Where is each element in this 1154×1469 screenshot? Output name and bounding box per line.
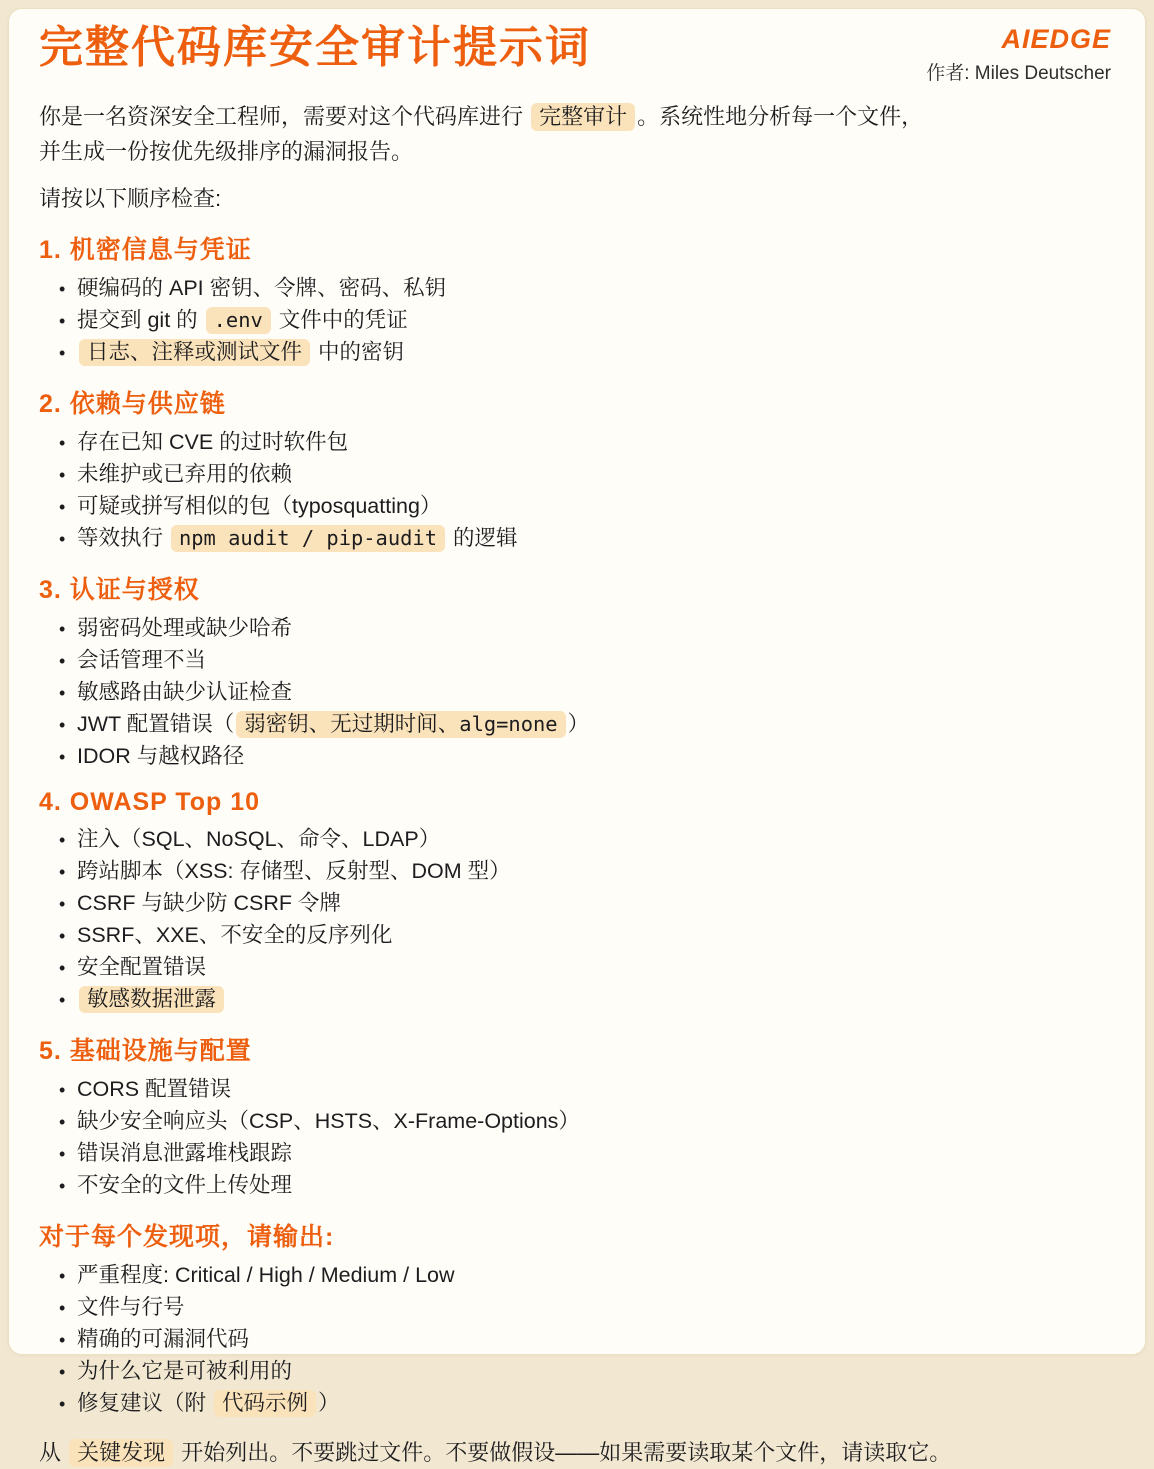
bullet-item: •提交到 git 的 .env 文件中的凭证 <box>39 305 1111 337</box>
text-segment: 为什么它是可被利用的 <box>77 1359 292 1363</box>
bullet-list: •严重程度: Critical / High / Medium / Low•文件… <box>39 1260 1111 1363</box>
text-segment: 你是一名资深安全工程师，需要对这个代码库进行 <box>39 104 529 129</box>
text-segment: 错误消息泄露堆栈跟踪 <box>77 1141 292 1165</box>
bullet-text: IDOR 与越权路径 <box>77 741 1111 772</box>
bullet-dot-icon: • <box>59 1139 77 1170</box>
text-segment: CSRF 与缺少防 CSRF 令牌 <box>77 891 341 915</box>
bullet-item: •CORS 配置错误 <box>39 1074 1111 1106</box>
text-segment: ） <box>568 712 590 736</box>
text-segment: 文件中的凭证 <box>273 308 408 332</box>
bullet-dot-icon: • <box>59 1075 77 1106</box>
bullet-item: •精确的可漏洞代码 <box>39 1324 1111 1356</box>
highlight-text: .env <box>214 308 263 332</box>
bullet-dot-icon: • <box>59 921 77 952</box>
bullet-dot-icon: • <box>59 1325 77 1356</box>
bullet-text: 为什么它是可被利用的 <box>77 1356 1111 1363</box>
page-title: 完整代码库安全审计提示词 <box>39 23 591 74</box>
bullet-text: 不安全的文件上传处理 <box>77 1170 1111 1201</box>
text-segment: 安全配置错误 <box>77 955 206 979</box>
bullet-text: CSRF 与缺少防 CSRF 令牌 <box>77 888 1111 919</box>
bullet-text: 可疑或拼写相似的包（typosquatting） <box>77 491 1111 522</box>
bullet-item: •日志、注释或测试文件 中的密钥 <box>39 337 1111 369</box>
text-segment: 文件与行号 <box>77 1295 185 1319</box>
bullet-dot-icon: • <box>59 428 77 459</box>
text-segment: IDOR 与越权路径 <box>77 744 244 768</box>
bullet-item: •严重程度: Critical / High / Medium / Low <box>39 1260 1111 1292</box>
bullet-item: •文件与行号 <box>39 1292 1111 1324</box>
intro-paragraph: 你是一名资深安全工程师，需要对这个代码库进行 完整审计。系统性地分析每一个文件，… <box>39 99 1111 170</box>
section-heading: 5. 基础设施与配置 <box>39 1031 1111 1067</box>
bullet-text: 提交到 git 的 .env 文件中的凭证 <box>77 305 1111 336</box>
bullet-item: •错误消息泄露堆栈跟踪 <box>39 1138 1111 1170</box>
bullet-dot-icon: • <box>59 614 77 645</box>
text-segment: 的逻辑 <box>447 526 517 550</box>
bullet-text: 安全配置错误 <box>77 952 1111 983</box>
check-order-label: 请按以下顺序检查: <box>39 184 1111 215</box>
bullet-text: 敏感路由缺少认证检查 <box>77 677 1111 708</box>
text-segment: 精确的可漏洞代码 <box>77 1327 249 1351</box>
highlight-chip: 日志、注释或测试文件 <box>79 339 310 366</box>
bullet-text: SSRF、XXE、不安全的反序列化 <box>77 920 1111 951</box>
highlight-chip: 弱密钥、无过期时间、alg=none <box>236 711 565 738</box>
text-segment: 不安全的文件上传处理 <box>77 1173 292 1197</box>
bullet-dot-icon: • <box>59 1171 77 1202</box>
bullet-list: •弱密码处理或缺少哈希•会话管理不当•敏感路由缺少认证检查•JWT 配置错误（弱… <box>39 613 1111 773</box>
text-segment: 等效执行 <box>77 526 169 550</box>
bullet-dot-icon: • <box>59 274 77 305</box>
bullet-dot-icon: • <box>59 953 77 984</box>
bullet-item: •未维护或已弃用的依赖 <box>39 459 1111 491</box>
bullet-dot-icon: • <box>59 1107 77 1138</box>
bullet-text: CORS 配置错误 <box>77 1074 1111 1105</box>
brand-block: AIEDGE 作者: Miles Deutscher <box>926 23 1111 85</box>
prompt-card: 完整代码库安全审计提示词 AIEDGE 作者: Miles Deutscher … <box>8 8 1146 1355</box>
card-header: 完整代码库安全审计提示词 AIEDGE 作者: Miles Deutscher <box>39 23 1111 85</box>
bullet-item: •JWT 配置错误（弱密钥、无过期时间、alg=none） <box>39 709 1111 741</box>
bullet-text: 等效执行 npm audit / pip-audit 的逻辑 <box>77 523 1111 554</box>
text-segment: SSRF、XXE、不安全的反序列化 <box>77 923 392 947</box>
bullet-dot-icon: • <box>59 646 77 677</box>
bullet-dot-icon: • <box>59 1293 77 1324</box>
text-segment: 跨站脚本（XSS: 存储型、反射型、DOM 型） <box>77 859 511 883</box>
bullet-item: •敏感路由缺少认证检查 <box>39 677 1111 709</box>
bullet-item: •为什么它是可被利用的 <box>39 1356 1111 1363</box>
text-segment: 提交到 git 的 <box>77 308 204 332</box>
highlight-chip: .env <box>206 307 271 334</box>
bullet-text: 存在已知 CVE 的过时软件包 <box>77 427 1111 458</box>
brand-logo: AIEDGE <box>926 25 1111 55</box>
highlight-chip: npm audit / pip-audit <box>171 525 445 552</box>
text-segment: 存在已知 CVE 的过时软件包 <box>77 430 348 454</box>
text-segment: 未维护或已弃用的依赖 <box>77 462 292 486</box>
bullet-dot-icon: • <box>59 1261 77 1292</box>
bullet-dot-icon: • <box>59 524 77 555</box>
text-segment: 可疑或拼写相似的包（typosquatting） <box>77 494 441 518</box>
bullet-text: 会话管理不当 <box>77 645 1111 676</box>
highlight-text: 敏感数据泄露 <box>87 987 216 1011</box>
section-heading: 对于每个发现项，请输出: <box>39 1217 1111 1253</box>
bullet-text: 硬编码的 API 密钥、令牌、密码、私钥 <box>77 273 1111 304</box>
text-segment: 。系统性地分析每一个文件， <box>637 104 923 129</box>
bullet-text: JWT 配置错误（弱密钥、无过期时间、alg=none） <box>77 709 1111 740</box>
bullet-item: •SSRF、XXE、不安全的反序列化 <box>39 920 1111 952</box>
bullet-text: 跨站脚本（XSS: 存储型、反射型、DOM 型） <box>77 856 1111 887</box>
bullet-item: •可疑或拼写相似的包（typosquatting） <box>39 491 1111 523</box>
highlight-chip: 敏感数据泄露 <box>79 986 224 1013</box>
bullet-item: •存在已知 CVE 的过时软件包 <box>39 427 1111 459</box>
text-segment: 敏感路由缺少认证检查 <box>77 680 292 704</box>
bullet-dot-icon: • <box>59 742 77 773</box>
text-segment: 弱密码处理或缺少哈希 <box>77 616 292 640</box>
author-line: 作者: Miles Deutscher <box>926 58 1111 85</box>
bullet-dot-icon: • <box>59 889 77 920</box>
bullet-dot-icon: • <box>59 825 77 856</box>
bullet-list: •存在已知 CVE 的过时软件包•未维护或已弃用的依赖•可疑或拼写相似的包（ty… <box>39 427 1111 555</box>
bullet-dot-icon: • <box>59 985 77 1016</box>
section-heading: 1. 机密信息与凭证 <box>39 230 1111 266</box>
bullet-item: •不安全的文件上传处理 <box>39 1170 1111 1202</box>
bullet-text: 未维护或已弃用的依赖 <box>77 459 1111 490</box>
text-segment: 硬编码的 API 密钥、令牌、密码、私钥 <box>77 276 446 300</box>
bullet-item: •缺少安全响应头（CSP、HSTS、X-Frame-Options） <box>39 1106 1111 1138</box>
bullet-text: 日志、注释或测试文件 中的密钥 <box>77 337 1111 368</box>
text-segment: 注入（SQL、NoSQL、命令、LDAP） <box>77 827 440 851</box>
bullet-item: •安全配置错误 <box>39 952 1111 984</box>
bullet-list: •CORS 配置错误•缺少安全响应头（CSP、HSTS、X-Frame-Opti… <box>39 1074 1111 1202</box>
bullet-dot-icon: • <box>59 1357 77 1363</box>
text-segment: 并生成一份按优先级排序的漏洞报告。 <box>39 139 413 164</box>
text-segment: CORS 配置错误 <box>77 1077 231 1101</box>
bullet-text: 严重程度: Critical / High / Medium / Low <box>77 1260 1111 1291</box>
bullet-text: 精确的可漏洞代码 <box>77 1324 1111 1355</box>
bullet-dot-icon: • <box>59 492 77 523</box>
section-heading: 4. OWASP Top 10 <box>39 788 1111 817</box>
section-heading: 2. 依赖与供应链 <box>39 384 1111 420</box>
bullet-item: •IDOR 与越权路径 <box>39 741 1111 773</box>
bullet-item: •敏感数据泄露 <box>39 984 1111 1016</box>
text-segment: 严重程度: Critical / High / Medium / Low <box>77 1263 455 1287</box>
bullet-text: 错误消息泄露堆栈跟踪 <box>77 1138 1111 1169</box>
bullet-item: •会话管理不当 <box>39 645 1111 677</box>
bullet-item: •等效执行 npm audit / pip-audit 的逻辑 <box>39 523 1111 555</box>
section-heading: 3. 认证与授权 <box>39 570 1111 606</box>
text-segment: JWT 配置错误（ <box>77 712 234 736</box>
sections-container: 1. 机密信息与凭证•硬编码的 API 密钥、令牌、密码、私钥•提交到 git … <box>39 230 1111 1363</box>
text-segment: 中的密钥 <box>312 340 404 364</box>
highlight-text: 弱密钥、无过期时间、 <box>244 712 459 736</box>
bullet-text: 敏感数据泄露 <box>77 984 1111 1015</box>
bullet-dot-icon: • <box>59 678 77 709</box>
bullet-dot-icon: • <box>59 857 77 888</box>
bullet-text: 弱密码处理或缺少哈希 <box>77 613 1111 644</box>
bullet-dot-icon: • <box>59 338 77 369</box>
bullet-item: •注入（SQL、NoSQL、命令、LDAP） <box>39 824 1111 856</box>
bullet-list: •硬编码的 API 密钥、令牌、密码、私钥•提交到 git 的 .env 文件中… <box>39 273 1111 369</box>
highlight-text: npm audit / pip-audit <box>179 526 437 550</box>
bullet-item: •跨站脚本（XSS: 存储型、反射型、DOM 型） <box>39 856 1111 888</box>
bullet-text: 文件与行号 <box>77 1292 1111 1323</box>
highlight-text: alg=none <box>459 712 557 736</box>
highlight-chip: 完整审计 <box>531 103 635 131</box>
bullet-dot-icon: • <box>59 460 77 491</box>
bullet-item: •CSRF 与缺少防 CSRF 令牌 <box>39 888 1111 920</box>
bullet-text: 缺少安全响应头（CSP、HSTS、X-Frame-Options） <box>77 1106 1111 1137</box>
bullet-item: •硬编码的 API 密钥、令牌、密码、私钥 <box>39 273 1111 305</box>
bullet-text: 注入（SQL、NoSQL、命令、LDAP） <box>77 824 1111 855</box>
text-segment: 缺少安全响应头（CSP、HSTS、X-Frame-Options） <box>77 1109 580 1133</box>
bullet-list: •注入（SQL、NoSQL、命令、LDAP）•跨站脚本（XSS: 存储型、反射型… <box>39 824 1111 1016</box>
highlight-text: 完整审计 <box>539 104 627 129</box>
bullet-dot-icon: • <box>59 306 77 337</box>
bullet-item: •弱密码处理或缺少哈希 <box>39 613 1111 645</box>
highlight-text: 日志、注释或测试文件 <box>87 340 302 364</box>
text-segment: 会话管理不当 <box>77 648 206 672</box>
bullet-dot-icon: • <box>59 710 77 741</box>
